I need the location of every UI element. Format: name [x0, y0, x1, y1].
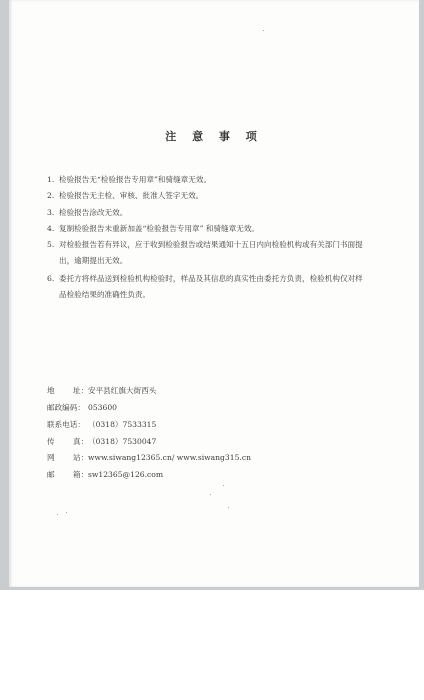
contact-value: 安平县红旗大街西头	[88, 386, 156, 396]
scan-speck	[210, 494, 211, 495]
notice-text: 对检验报告若有异议，应于收到检验报告或结果通知十五日内向检验机构或有关部门书面提	[59, 240, 363, 250]
contact-value: （0318）7533315	[88, 420, 156, 430]
page-title: 注 意 事 项	[9, 128, 419, 144]
scan-speck	[263, 30, 264, 31]
notice-text: 复制检验报告未重新加盖“检验报告专用章” 和骑缝章无效。	[59, 224, 259, 234]
scan-speck	[228, 507, 229, 508]
contact-value: www.siwang12365.cn/ www.siwang315.cn	[88, 453, 251, 463]
notice-text: 委托方将样品送到检验机构检验时，样品及其信息的真实性由委托方负责，检验机构仅对样	[59, 274, 363, 284]
contact-label: 邮政编码：	[47, 403, 88, 413]
scan-speck	[223, 485, 224, 486]
contact-value: 053600	[88, 403, 117, 413]
notice-number: 6.	[47, 274, 54, 284]
notice-number: 3.	[47, 208, 54, 218]
contact-value: sw12365@126.com	[88, 470, 163, 480]
notice-item-5-continuation: 出，逾期提出无效。	[59, 256, 127, 266]
document-page: 注 意 事 项 1. 检验报告无“检验报告专用章”和骑缝章无效。 2. 检验报告…	[9, 0, 419, 587]
notice-text: 检验报告涂改无效。	[59, 208, 127, 218]
scan-speck	[57, 514, 58, 515]
notice-number: 5.	[47, 240, 54, 250]
notice-text: 检验报告无主检、审核、批准人签字无效。	[59, 191, 203, 201]
contact-label: 联系电话：	[47, 420, 88, 430]
notice-text: 检验报告无“检验报告专用章”和骑缝章无效。	[59, 175, 211, 185]
contact-value: （0318）7530047	[88, 437, 156, 447]
notice-number: 1.	[47, 175, 54, 185]
notice-number: 2.	[47, 191, 54, 201]
notice-number: 4.	[47, 224, 54, 234]
scan-speck	[66, 512, 67, 513]
notice-item-6-continuation: 品检验结果的准确性负责。	[59, 290, 150, 300]
